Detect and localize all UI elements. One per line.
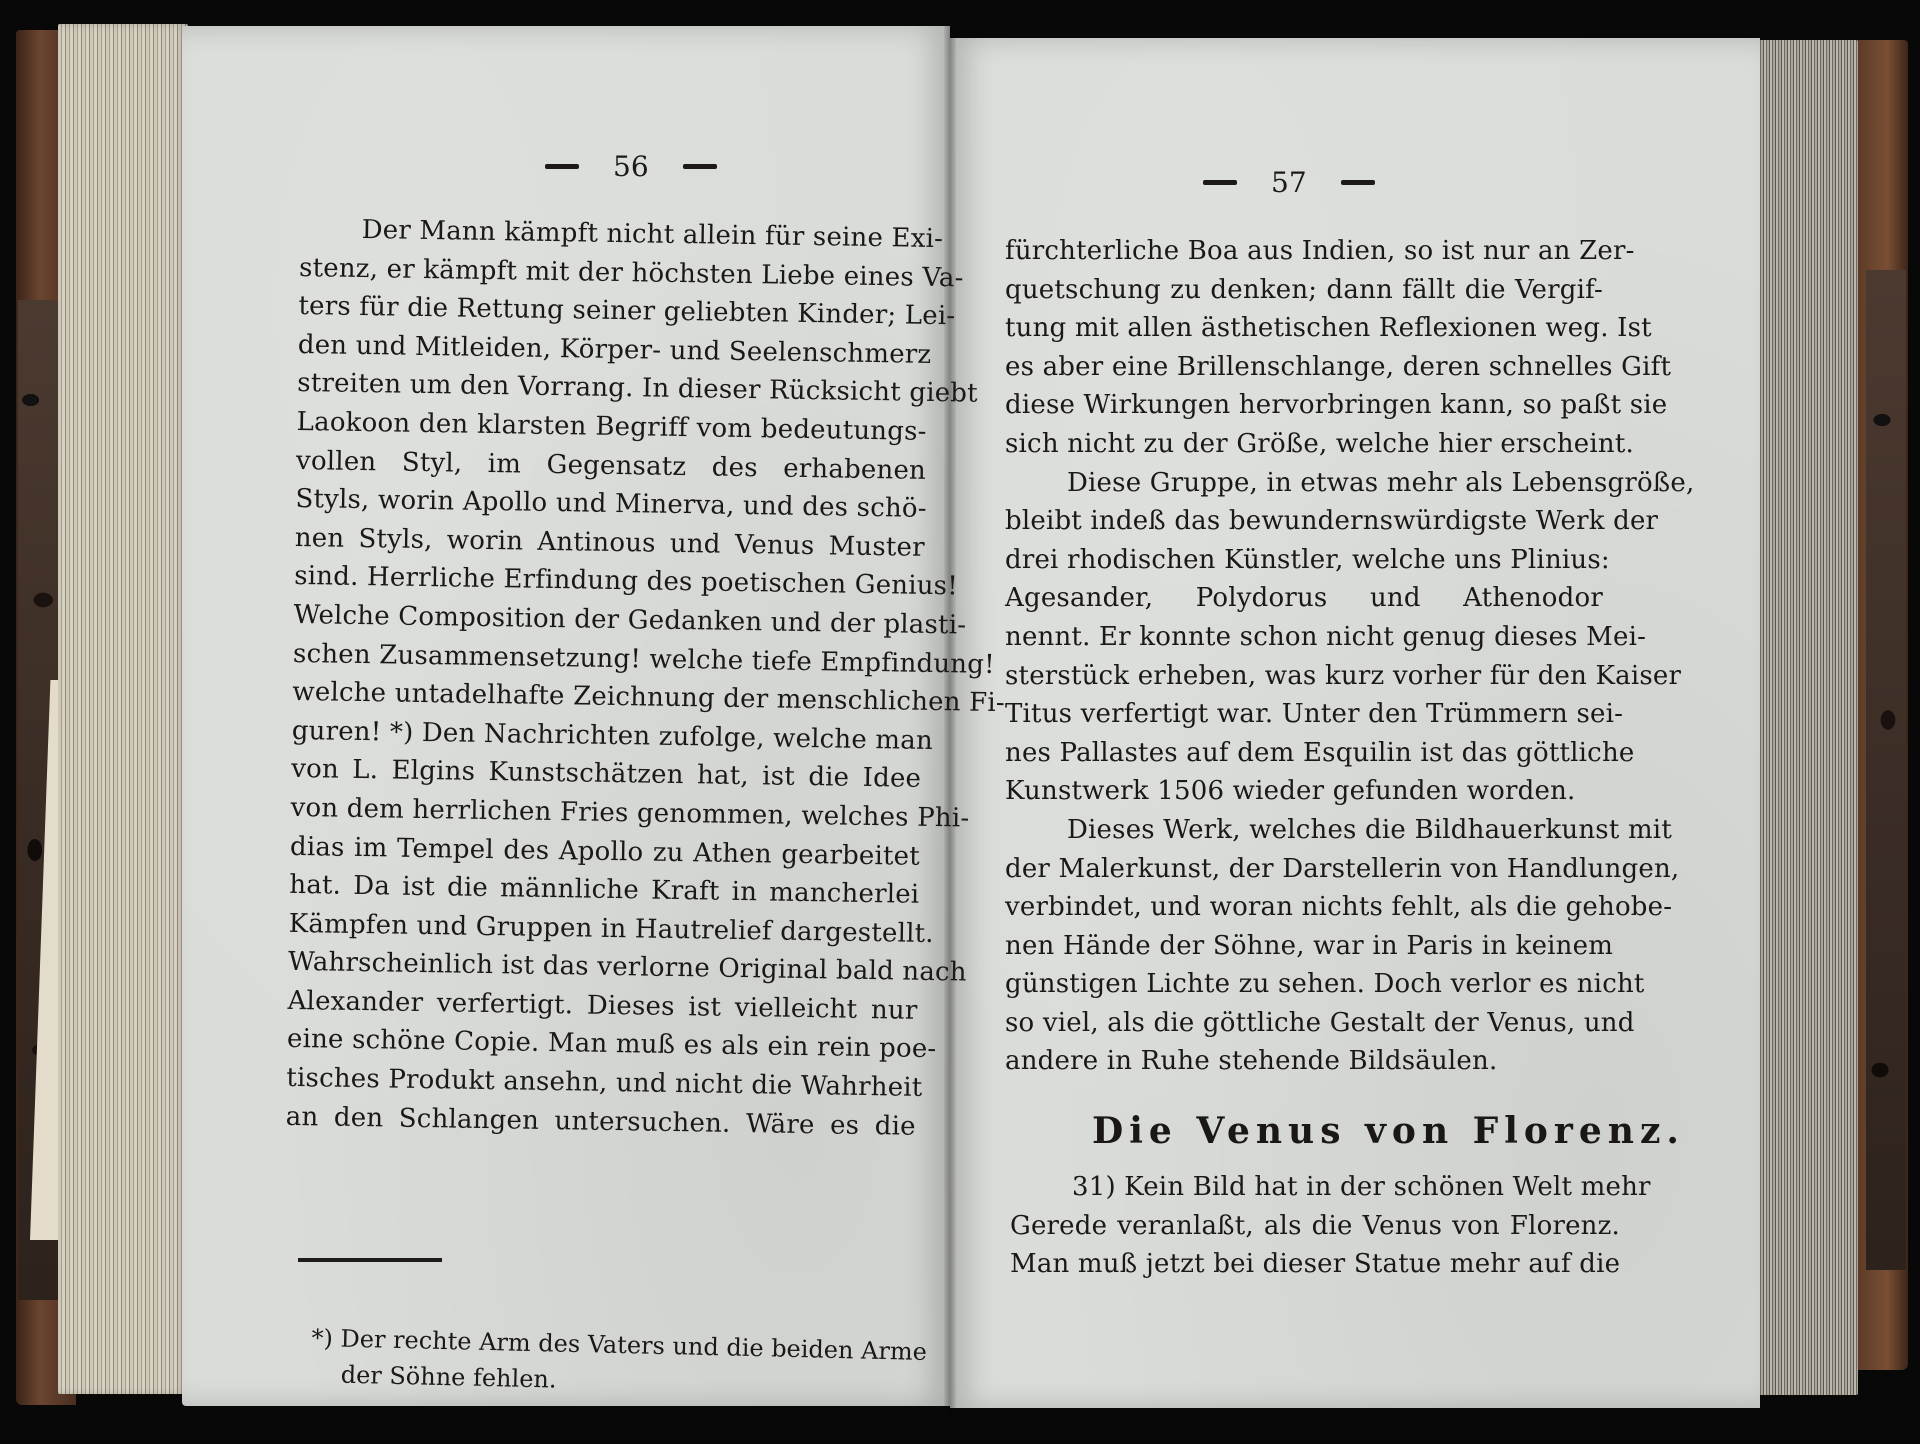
text-line: Agesander, Polydorus und Athenodor bbox=[1005, 579, 1603, 618]
header-dash bbox=[1203, 180, 1237, 185]
text-line: der Malerkunst, der Darstellerin von Han… bbox=[1005, 850, 1603, 889]
text-line: Diese Gruppe, in etwas mehr als Lebensgr… bbox=[1005, 464, 1603, 503]
text-line: Man muß jetzt bei dieser Statue mehr auf… bbox=[1010, 1245, 1620, 1284]
text-line: so viel, als die göttliche Gestalt der V… bbox=[1005, 1004, 1603, 1043]
text-line: diese Wirkungen hervorbringen kann, so p… bbox=[1005, 386, 1603, 425]
footnote: *) Der rechte Arm des Vaters und die bei… bbox=[310, 1320, 901, 1405]
book-gutter bbox=[944, 26, 956, 1416]
text-line: sterstück erheben, was kurz vorher für d… bbox=[1005, 657, 1603, 696]
header-dash bbox=[545, 164, 579, 169]
text-line: Kunstwerk 1506 wieder gefunden worden. bbox=[1005, 772, 1603, 811]
text-line: fürchterliche Boa aus Indien, so ist nur… bbox=[1005, 232, 1603, 271]
page-edges-right bbox=[1758, 40, 1858, 1395]
text-line: andere in Ruhe stehende Bildsäulen. bbox=[1005, 1042, 1603, 1081]
header-dash bbox=[683, 164, 717, 169]
right-page-body: fürchterliche Boa aus Indien, so ist nur… bbox=[1005, 232, 1603, 1081]
text-line: tung mit allen ästhetischen Reflexionen … bbox=[1005, 309, 1603, 348]
text-line: Gerede veranlaßt, als die Venus von Flor… bbox=[1010, 1207, 1620, 1246]
text-line: drei rhodischen Künstler, welche uns Pli… bbox=[1005, 541, 1603, 580]
marbled-cover-right bbox=[1866, 270, 1906, 1270]
text-line: günstigen Lichte zu sehen. Doch verlor e… bbox=[1005, 965, 1603, 1004]
section-heading: Die Venus von Florenz. bbox=[1092, 1110, 1685, 1152]
footnote-rule bbox=[298, 1258, 442, 1262]
section-body: 31) Kein Bild hat in der schönen Welt me… bbox=[1010, 1168, 1620, 1284]
text-line: nen Hände der Söhne, war in Paris in kei… bbox=[1005, 927, 1603, 966]
text-line: verbindet, und woran nichts fehlt, als d… bbox=[1005, 888, 1603, 927]
page-number-right: 57 bbox=[1203, 166, 1375, 199]
text-line: 31) Kein Bild hat in der schönen Welt me… bbox=[1010, 1168, 1620, 1207]
text-line: nennt. Er konnte schon nicht genug diese… bbox=[1005, 618, 1603, 657]
left-page-body: Der Mann kämpft nicht allein für seine E… bbox=[285, 210, 929, 1146]
page-number-left: 56 bbox=[545, 150, 717, 183]
header-dash bbox=[1341, 180, 1375, 185]
text-line: bleibt indeß das bewundernswürdigste Wer… bbox=[1005, 502, 1603, 541]
text-line: nes Pallastes auf dem Esquilin ist das g… bbox=[1005, 734, 1603, 773]
text-line: sich nicht zu der Größe, welche hier ers… bbox=[1005, 425, 1603, 464]
page-number: 56 bbox=[613, 150, 649, 183]
text-line: Titus verfertigt war. Unter den Trümmern… bbox=[1005, 695, 1603, 734]
text-line: Dieses Werk, welches die Bildhauerkunst … bbox=[1005, 811, 1603, 850]
page-number: 57 bbox=[1271, 166, 1307, 199]
text-line: quetschung zu denken; dann fällt die Ver… bbox=[1005, 271, 1603, 310]
page-edges-left bbox=[58, 24, 188, 1394]
text-line: es aber eine Brillenschlange, deren schn… bbox=[1005, 348, 1603, 387]
